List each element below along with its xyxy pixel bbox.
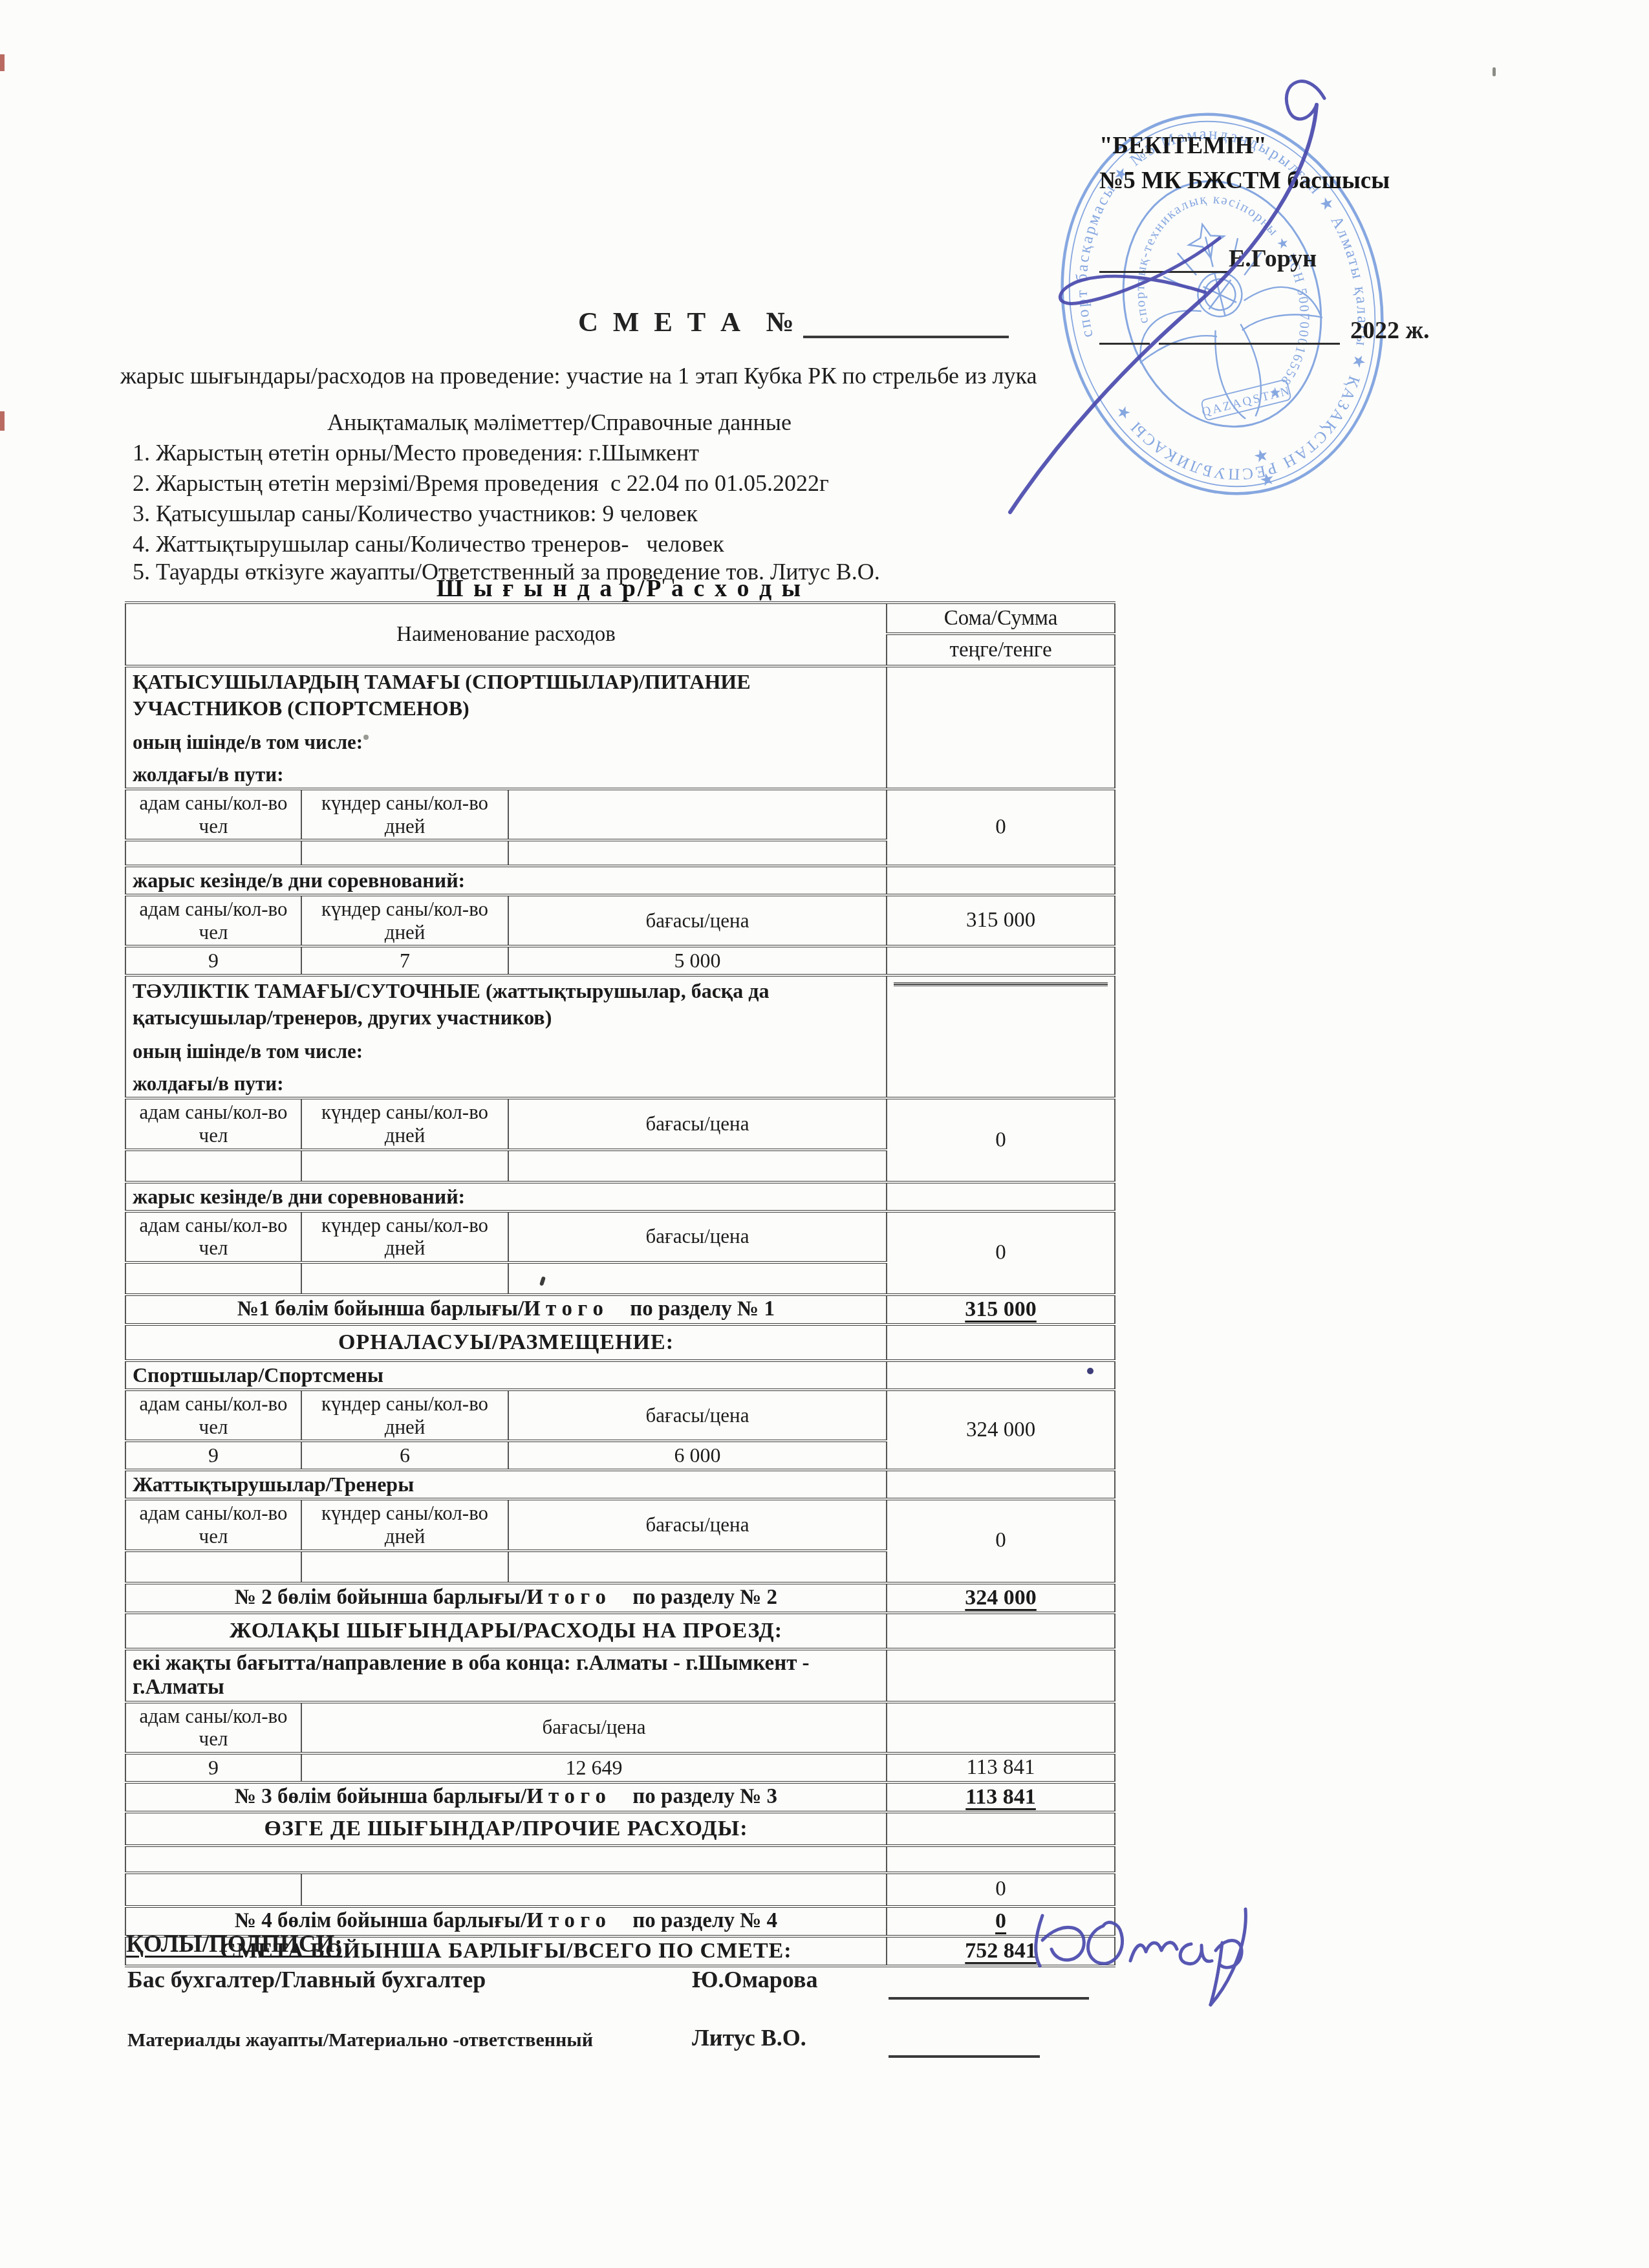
scan-artifact — [363, 735, 369, 740]
scan-artifact — [0, 54, 5, 71]
pen-signature-accountant — [1036, 1909, 1246, 2005]
ink-dot — [1087, 1368, 1094, 1374]
ink-overlay — [0, 0, 1649, 2268]
scan-artifact — [1493, 67, 1496, 76]
pen-signature-approval — [1010, 81, 1324, 512]
scanned-estimate-document: спорт басқармасы ★ №5 Мамандандырылған ★… — [0, 0, 1649, 2268]
scan-artifact — [0, 411, 5, 431]
